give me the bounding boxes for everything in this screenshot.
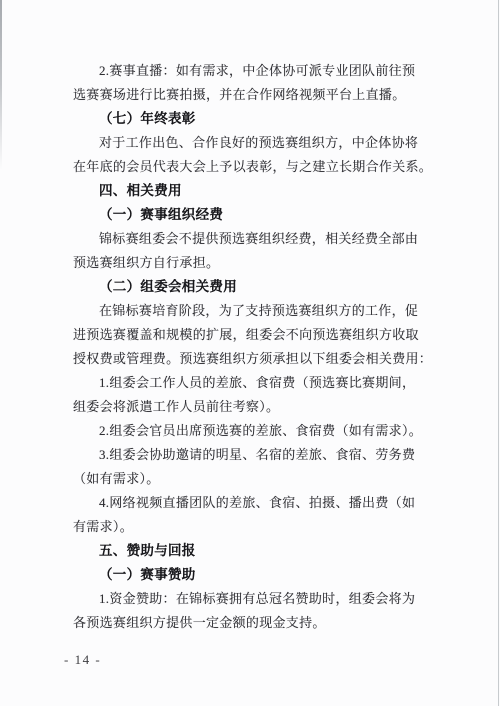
heading-line: （一）赛事赞助	[73, 563, 423, 587]
heading-line: 四、相关费用	[73, 179, 423, 203]
text-line: 1.组委会工作人员的差旅、食宿费（预选赛比赛期间，	[73, 371, 423, 395]
heading-line: （七）年终表彰	[73, 107, 423, 131]
text-line: 授权费或管理费。预选赛组织方须承担以下组委会相关费用：	[73, 347, 423, 371]
text-line: 4.网络视频直播团队的差旅、食宿、拍摄、播出费（如	[73, 491, 423, 515]
text-line: 各预选赛组织方提供一定金额的现金支持。	[73, 611, 423, 635]
text-line: 组委会将派遣工作人员前往考察）。	[73, 395, 423, 419]
text-line: 进预选赛覆盖和规模的扩展，组委会不向预选赛组织方收取	[73, 323, 423, 347]
page-number: - 14 -	[64, 650, 101, 670]
scan-edge-right	[498, 0, 499, 706]
text-line: 1.资金赞助：在锦标赛拥有总冠名赞助时，组委会将为	[73, 587, 423, 611]
text-line: 在年底的会员代表大会上予以表彰，与之建立长期合作关系。	[73, 155, 423, 179]
text-line: 2.组委会官员出席预选赛的差旅、食宿费（如有需求）。	[73, 419, 423, 443]
document-body: 2.赛事直播：如有需求，中企体协可派专业团队前往预选赛赛场进行比赛拍摄，并在合作…	[73, 59, 423, 635]
text-line: 3.组委会协助邀请的明星、名宿的差旅、食宿、劳务费	[73, 443, 423, 467]
document-page: 2.赛事直播：如有需求，中企体协可派专业团队前往预选赛赛场进行比赛拍摄，并在合作…	[0, 0, 500, 706]
text-line: 2.赛事直播：如有需求，中企体协可派专业团队前往预	[73, 59, 423, 83]
text-line: 在锦标赛培育阶段，为了支持预选赛组织方的工作，促	[73, 299, 423, 323]
text-line: 对于工作出色、合作良好的预选赛组织方，中企体协将	[73, 131, 423, 155]
text-line: 选赛赛场进行比赛拍摄，并在合作网络视频平台上直播。	[73, 83, 423, 107]
heading-line: （一）赛事组织经费	[73, 203, 423, 227]
text-line: （如有需求）。	[73, 467, 423, 491]
text-line: 锦标赛组委会不提供预选赛组织经费，相关经费全部由	[73, 227, 423, 251]
heading-line: 五、赞助与回报	[73, 539, 423, 563]
scan-edge-left	[0, 0, 2, 170]
text-line: 有需求）。	[73, 515, 423, 539]
heading-line: （二）组委会相关费用	[73, 275, 423, 299]
text-line: 预选赛组织方自行承担。	[73, 251, 423, 275]
